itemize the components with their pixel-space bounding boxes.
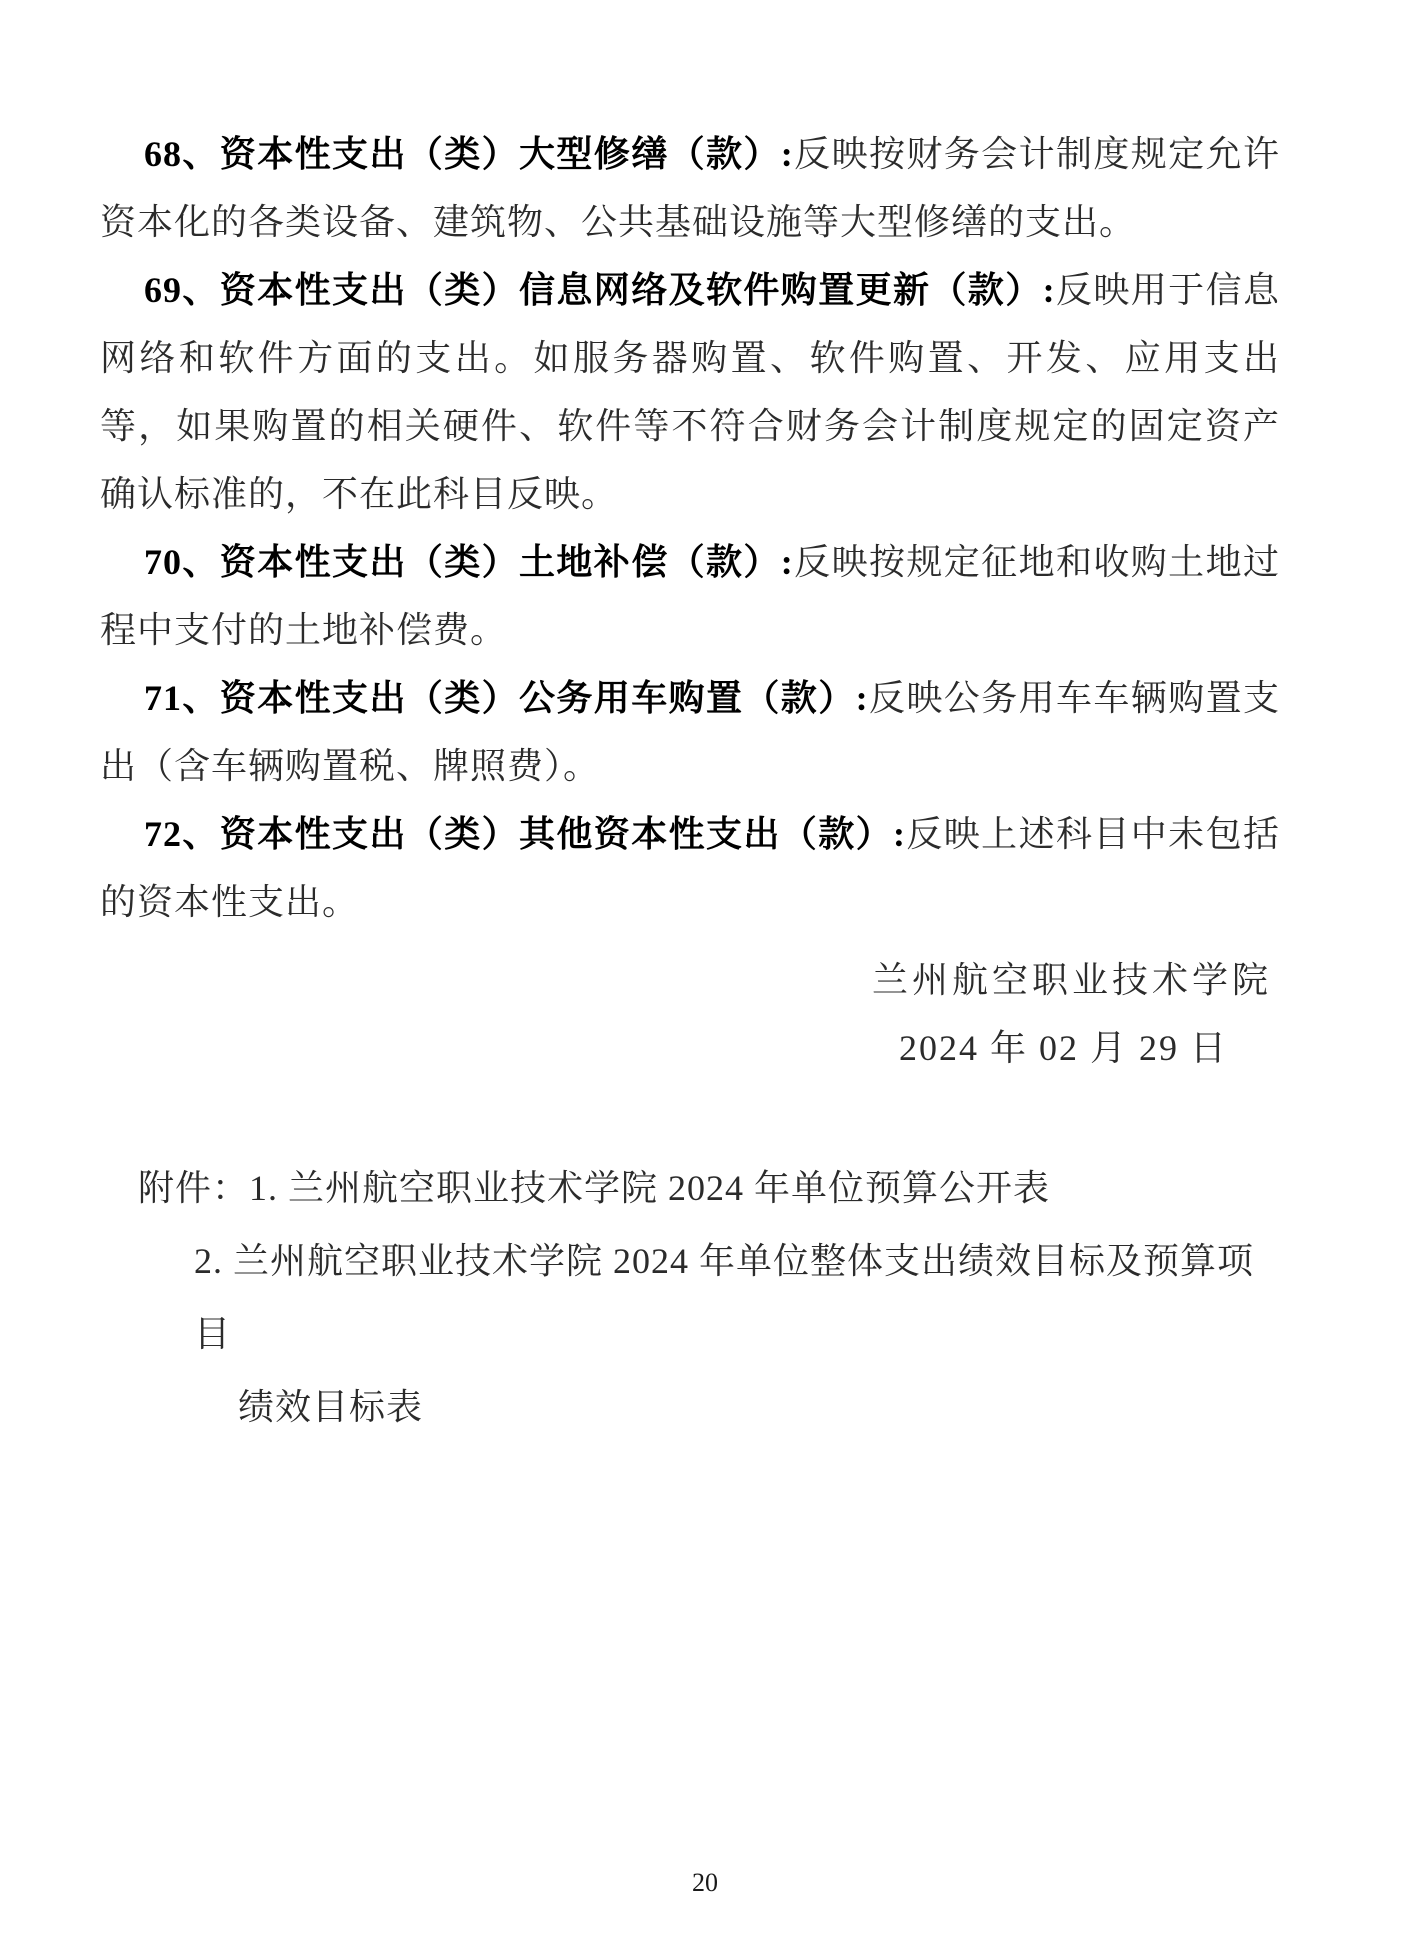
paragraph-68-heading: 68、资本性支出（类）大型修缮（款）: bbox=[144, 134, 794, 174]
attachment-line-1: 附件：1. 兰州航空职业技术学院 2024 年单位预算公开表 bbox=[100, 1152, 1280, 1225]
attachment-line-3: 绩效目标表 bbox=[100, 1371, 1280, 1444]
paragraph-71: 71、资本性支出（类）公务用车购置（款）:反映公务用车车辆购置支出（含车辆购置税… bbox=[100, 664, 1280, 800]
paragraph-69-heading: 69、资本性支出（类）信息网络及软件购置更新（款）: bbox=[144, 270, 1056, 310]
paragraph-70: 70、资本性支出（类）土地补偿（款）:反映按规定征地和收购土地过程中支付的土地补… bbox=[100, 528, 1280, 664]
signature-organization: 兰州航空职业技术学院 bbox=[100, 946, 1280, 1014]
attachments-section: 附件：1. 兰州航空职业技术学院 2024 年单位预算公开表 2. 兰州航空职业… bbox=[100, 1152, 1280, 1444]
paragraph-72-heading: 72、资本性支出（类）其他资本性支出（款）: bbox=[144, 814, 906, 854]
paragraph-71-heading: 71、资本性支出（类）公务用车购置（款）: bbox=[144, 678, 869, 718]
paragraph-72: 72、资本性支出（类）其他资本性支出（款）:反映上述科目中未包括的资本性支出。 bbox=[100, 800, 1280, 936]
page-number: 20 bbox=[0, 1868, 1410, 1898]
paragraph-69: 69、资本性支出（类）信息网络及软件购置更新（款）:反映用于信息网络和软件方面的… bbox=[100, 256, 1280, 528]
paragraph-70-heading: 70、资本性支出（类）土地补偿（款）: bbox=[144, 542, 794, 582]
attachment-line-2: 2. 兰州航空职业技术学院 2024 年单位整体支出绩效目标及预算项目 bbox=[100, 1225, 1280, 1371]
document-body: 68、资本性支出（类）大型修缮（款）:反映按财务会计制度规定允许资本化的各类设备… bbox=[100, 120, 1280, 1082]
paragraph-68: 68、资本性支出（类）大型修缮（款）:反映按财务会计制度规定允许资本化的各类设备… bbox=[100, 120, 1280, 256]
signature-date: 2024 年 02 月 29 日 bbox=[100, 1014, 1280, 1082]
document-page: 68、资本性支出（类）大型修缮（款）:反映按财务会计制度规定允许资本化的各类设备… bbox=[0, 0, 1410, 1945]
